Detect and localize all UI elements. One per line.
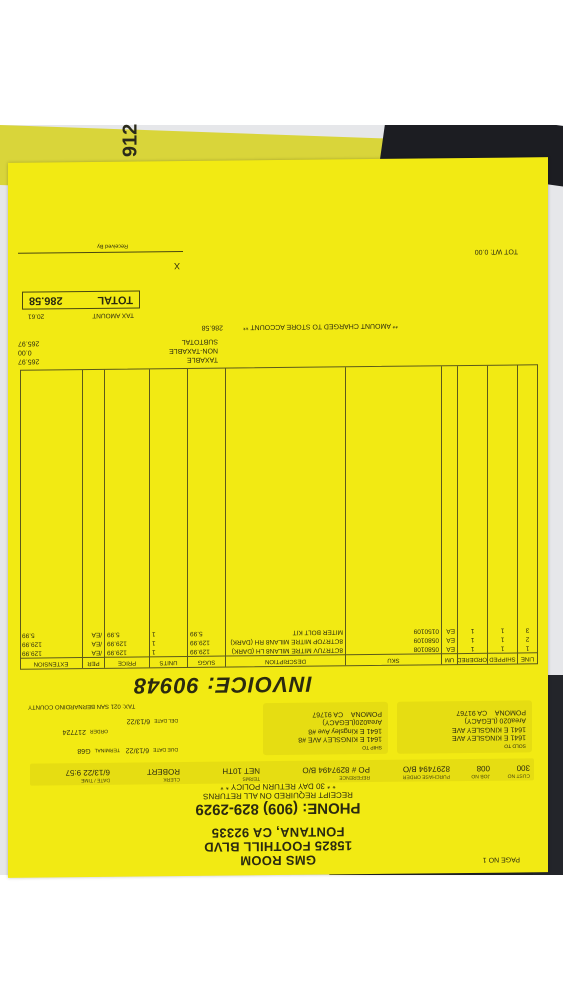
info-job-no: JOB NO008 bbox=[454, 759, 494, 781]
charged-amount: 286.58 bbox=[202, 324, 223, 331]
totals-summary: TAXABLE265.97 NON-TAXABLE0.00 SUBTOTAL26… bbox=[18, 337, 218, 366]
total-amount: 286.58 bbox=[29, 294, 63, 306]
ship-to-box: SHIP TO 1641 E KINGSLEY AVE #8 1641 E Ki… bbox=[263, 702, 388, 755]
info-date-time: DATE / TIME6/13/22 9:57 bbox=[44, 763, 114, 786]
info-terms: TERMSNET 10TH bbox=[184, 761, 264, 784]
signature-x: X bbox=[174, 261, 180, 271]
sold-to-box: SOLD TO 1641 E KINGSLEY AVE 1641 E KINGS… bbox=[397, 700, 532, 753]
col-shipped: SHIPPED 111 bbox=[487, 365, 517, 663]
tax-jurisdiction: TAX: 021 SAN BERNARDINO COUNTY bbox=[28, 702, 135, 709]
tax-amount-row: TAX AMOUNT20.61 bbox=[22, 311, 140, 319]
info-purchase-order: PURCHASE ORDER8297494 B/O bbox=[374, 759, 454, 782]
charged-to-account-note: ** AMOUNT CHARGED TO STORE ACCOUNT ** bbox=[243, 322, 398, 331]
col-ordered: ORDERED 111 bbox=[457, 366, 487, 664]
info-clerk: CLERKROBERT bbox=[114, 762, 184, 785]
signature-line bbox=[18, 251, 183, 263]
store-header: GMS ROOM 15825 FOOTHILL BLVD FONTANA, CA… bbox=[8, 779, 548, 870]
col-extension: EXTENSION 129.99129.995.99 bbox=[20, 370, 82, 669]
info-cust-no: CUST NO300 bbox=[494, 758, 534, 780]
col-sku: SKU 058010805801090150109 bbox=[345, 366, 441, 665]
total-weight: TOT WT: 0.00 bbox=[475, 247, 518, 254]
line-items-table: LINE 123 SHIPPED 111 ORDERED 111 UM EAEA… bbox=[20, 364, 538, 669]
col-price: PRICE 129.99129.995.99 bbox=[104, 369, 149, 667]
total-box: TOTAL286.58 bbox=[22, 290, 140, 309]
received-by-label: Received By bbox=[97, 243, 128, 249]
col-line: LINE 123 bbox=[517, 365, 537, 663]
invoice-number: INVOICE: 90948 bbox=[133, 671, 312, 699]
col-sugg: SUGG 129.99129.995.99 bbox=[187, 369, 225, 667]
col-per: PER /EA/EA/EA bbox=[82, 370, 104, 668]
invoice-sheet: PAGE NO 1 GMS ROOM 15825 FOOTHILL BLVD F… bbox=[8, 157, 548, 878]
info-reference: REFERENCEPO # 8297494 B/O bbox=[264, 760, 374, 783]
col-um: UM EAEAEA bbox=[441, 366, 457, 664]
col-units: UNITS 111 bbox=[149, 369, 187, 667]
order-meta: DUE DATE6/13/22 TERMINALG68 ORDER217724 … bbox=[28, 715, 178, 756]
col-description: DESCRIPTION 8CTR7UV MITRE MILAN8 LH (DAR… bbox=[225, 367, 345, 666]
